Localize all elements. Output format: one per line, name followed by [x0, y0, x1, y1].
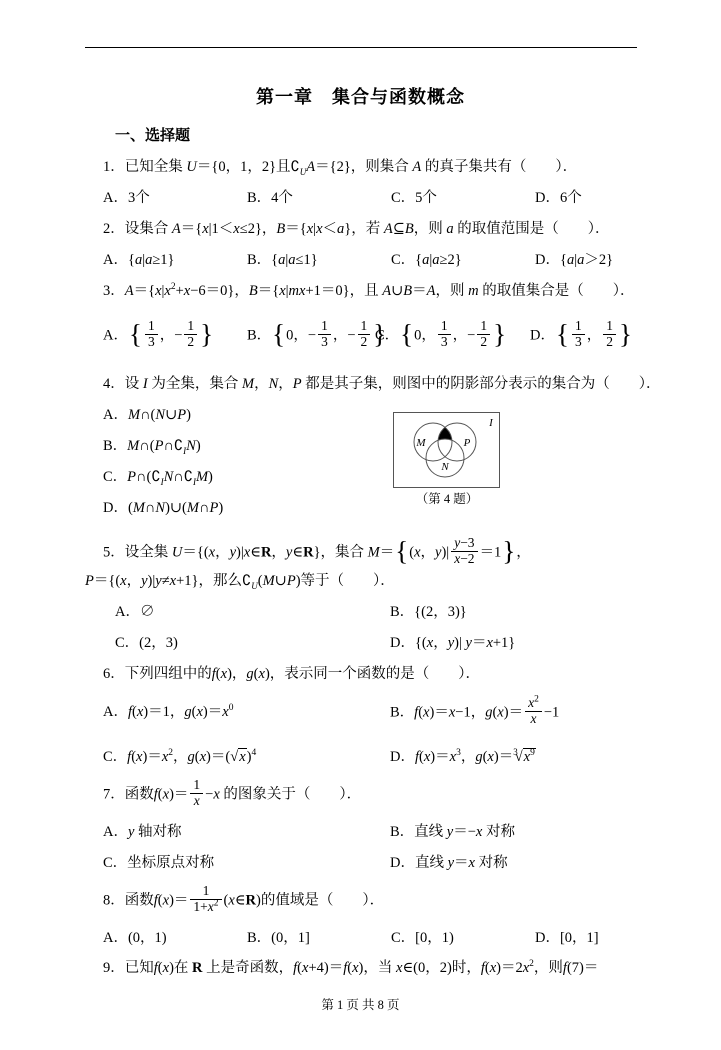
- question-2-option-b: B．{a|a≤1}: [247, 250, 391, 270]
- venn-label-n: N: [440, 461, 449, 473]
- venn-label-m: M: [415, 437, 426, 449]
- page-title: 第一章 集合与函数概念: [0, 83, 721, 109]
- question-5-options-row1: A．∅B．{(2，3)}: [115, 602, 665, 622]
- question-7-stem: 7．函数f(x)＝1x−x 的图象关于（ ）．: [103, 780, 361, 810]
- document-page: 第一章 集合与函数概念 一、选择题 1．已知全集 U＝{0，1，2}且∁UA＝{…: [0, 0, 721, 1050]
- question-3-option-c: C．{0，13，−12}: [375, 321, 530, 351]
- section-heading: 一、选择题: [115, 124, 190, 145]
- question-6-stem: 6．下列四组中的f(x)，g(x)，表示同一个函数的是（ ）．: [103, 664, 480, 684]
- question-3-option-a: A．{13，−12}: [103, 321, 247, 351]
- question-7-option-a: A．y 轴对称: [103, 822, 390, 842]
- question-1-option-d: D．6个: [535, 188, 679, 208]
- question-6-options-row2: C．f(x)＝x2，g(x)＝(√x)4D．f(x)＝x3，g(x)＝3√x9: [103, 742, 677, 767]
- question-8-option-c: C．[0，1): [391, 928, 535, 948]
- question-1-option-b: B．4个: [247, 188, 391, 208]
- question-5-stem-line1: 5．设全集 U＝{(x，y)|x∈R，y∈R}，集合 M＝{(x，y)|y−3x…: [103, 538, 531, 568]
- question-6-options-row1: A．f(x)＝1，g(x)＝x0B．f(x)＝x−1，g(x)＝x2x−1: [103, 698, 677, 728]
- question-6-option-d: D．f(x)＝x3，g(x)＝3√x9: [390, 742, 677, 767]
- question-7-options-row2: C．坐标原点对称D．直线 y＝x 对称: [103, 853, 677, 873]
- question-7-option-c: C．坐标原点对称: [103, 853, 390, 873]
- question-5-option-a: A．∅: [115, 602, 390, 622]
- question-6-option-a: A．f(x)＝1，g(x)＝x0: [103, 702, 390, 722]
- question-8-option-b: B．(0，1]: [247, 928, 391, 948]
- question-9-stem: 9．已知f(x)在 R 上是奇函数，f(x+4)＝f(x)，当 x∈(0，2)时…: [103, 958, 598, 978]
- question-7-option-d: D．直线 y＝x 对称: [390, 853, 677, 873]
- venn-label-p: P: [463, 437, 471, 449]
- question-1-option-c: C．5个: [391, 188, 535, 208]
- question-8-option-a: A．(0，1): [103, 928, 247, 948]
- question-4-option-c: C．P∩(∁IN∩∁IM): [103, 467, 213, 487]
- question-1-options: A．3个B．4个C．5个D．6个: [103, 188, 679, 208]
- header-rule: [85, 47, 637, 48]
- page-footer: 第 1 页 共 8 页: [0, 995, 721, 1013]
- question-5-options-row2: C．(2，3)D．{(x，y)| y＝x+1}: [115, 633, 665, 653]
- question-8-options: A．(0，1)B．(0，1]C．[0，1)D．[0，1]: [103, 928, 679, 948]
- question-5-stem-line2: P＝{(x，y)|y≠x+1}，那么∁U(M∪P)等于（ ）．: [85, 571, 395, 591]
- question-2-option-d: D．{a|a＞2}: [535, 250, 679, 270]
- venn-caption: （第 4 题）: [385, 489, 509, 507]
- question-3-stem: 3．A＝{x|x2+x−6＝0}，B＝{x|mx+1＝0}，且 A∪B＝A，则 …: [103, 281, 634, 301]
- question-8-stem: 8．函数f(x)＝11+x2(x∈R)的值域是（ ）．: [103, 886, 384, 916]
- question-6-option-b: B．f(x)＝x−1，g(x)＝x2x−1: [390, 698, 677, 728]
- question-2-option-a: A．{a|a≥1}: [103, 250, 247, 270]
- question-5-option-b: B．{(2，3)}: [390, 602, 665, 622]
- question-7-option-b: B．直线 y＝−x 对称: [390, 822, 677, 842]
- question-4-option-a: A．M∩(N∪P): [103, 405, 191, 425]
- venn-diagram: M P N I: [393, 412, 500, 488]
- question-2-options: A．{a|a≥1}B．{a|a≤1}C．{a|a≥2}D．{a|a＞2}: [103, 250, 679, 270]
- question-5-option-d: D．{(x，y)| y＝x+1}: [390, 633, 665, 653]
- question-3-option-b: B．{0，−13，−12}: [247, 321, 375, 351]
- question-4-stem: 4．设 I 为全集，集合 M，N，P 都是其子集，则图中的阴影部分表示的集合为（…: [103, 374, 660, 394]
- question-3-option-d: D．{13，12}: [530, 321, 633, 351]
- question-8-option-d: D．[0，1]: [535, 928, 679, 948]
- question-1-stem: 1．已知全集 U＝{0，1，2}且∁UA＝{2}，则集合 A 的真子集共有（ ）…: [103, 157, 577, 177]
- question-1-option-a: A．3个: [103, 188, 247, 208]
- question-6-option-c: C．f(x)＝x2，g(x)＝(√x)4: [103, 747, 390, 767]
- question-5-option-c: C．(2，3): [115, 633, 390, 653]
- question-2-stem: 2．设集合 A＝{x|1＜x≤2}，B＝{x|x＜a}，若 A⊆B，则 a 的取…: [103, 219, 609, 239]
- question-4-option-d: D．(M∩N)∪(M∩P): [103, 498, 223, 518]
- question-2-option-c: C．{a|a≥2}: [391, 250, 535, 270]
- question-3-options: A．{13，−12}B．{0，−13，−12}C．{0，13，−12}D．{13…: [103, 321, 633, 351]
- question-4-option-b: B．M∩(P∩∁IN): [103, 436, 201, 456]
- question-7-options-row1: A．y 轴对称B．直线 y＝−x 对称: [103, 822, 677, 842]
